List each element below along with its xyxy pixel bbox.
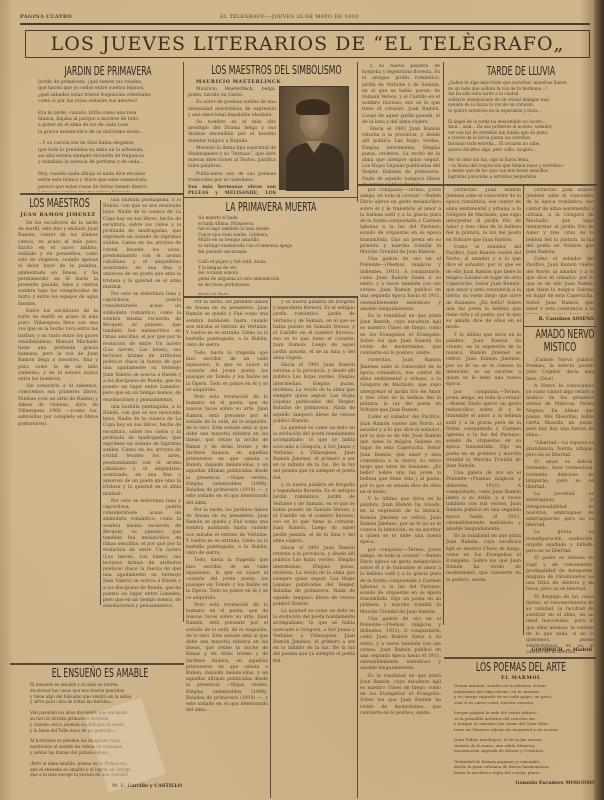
column-rule	[357, 62, 358, 202]
poem-title: TARDE DE LLUVIA	[468, 64, 573, 78]
verse-line: encarnación sagrada de Atenas y Corintio…	[454, 748, 594, 754]
verse-line: tomo un Homero salvaje de inquietud y de…	[454, 727, 594, 733]
paragraph: Hacia el 1901 Juan Ramón retorna a la pr…	[273, 363, 355, 425]
column-rule	[443, 62, 444, 187]
article-signature: GOODRICH. — Madrid	[450, 647, 592, 653]
paragraph: La gloria es transfiguración, exaltación…	[526, 530, 594, 555]
paragraph: El amor es delicia, tormento; hace torme…	[526, 460, 594, 491]
section-rule	[20, 193, 184, 195]
paragraph: Es la tonalidad en que pinta Juan Ramón,…	[360, 314, 441, 357]
verse-line: la gracia melancólica de su dulcísimo mo…	[38, 130, 178, 136]
poem-los-poemas-del-arte: LOS POEMAS DEL ARTE EL MARMOL Divino már…	[448, 660, 594, 798]
poem-signature: M. E. Carrillo y CASTILLO	[18, 783, 182, 789]
poem-primavera-muerta: LA PRIMAVERA MUERTA Ha muerto el hadael …	[188, 200, 354, 295]
poem-jardin-de-primavera: JARDIN DE PRIMAVERA Jardín de primavera,…	[38, 64, 178, 192]
paragraph: correctas. Juan Ramón Jiménez sabe el co…	[446, 188, 521, 244]
poem-body: Jardín de primavera, ¡qué tienen tus ros…	[38, 80, 178, 192]
verse-line: te quiero entonces en la esperanza y llo…	[448, 108, 594, 114]
article-body: De los escultores de la tarde de marfil,…	[18, 221, 98, 428]
paragraph: Pero esta revelación de lo humano en el …	[186, 603, 268, 715]
paragraph: “Libertad.—La riqueza es abundancia, fue…	[526, 441, 594, 460]
paragraph: Sin conocerlo a él sabemos, conocemos su…	[18, 384, 98, 427]
paragraph: Por la tarde, los jardines labios de Ana…	[186, 508, 268, 558]
paragraph: Hacia el 1901 Juan Ramón retorna a la pr…	[273, 546, 355, 608]
section-rule	[184, 296, 358, 298]
poem-tarde-de-lluvia: TARDE DE LLUVIA ¿Sabes tú algo más trist…	[448, 64, 594, 182]
paragraph: correctas. Juan Ramón Jiménez sabe el co…	[360, 358, 441, 414]
paragraph: Todo, hasta la tragedia que hizo escribi…	[186, 558, 268, 601]
paragraph: La quietud es como un mito en la evoluci…	[273, 426, 355, 482]
article-column: y su nueva palabra de borgoña y legendar…	[273, 300, 355, 795]
section-rule	[184, 197, 357, 198]
article-column: y su nueva palabra de borgoña y legendar…	[362, 64, 440, 184]
paragraph: por conquista.—Ternos, joven amigo, en t…	[360, 188, 441, 256]
article-amado-nervo: correctas. Juan Ramón Jiménez sabe el co…	[526, 188, 594, 653]
stanza: Ha muerto el hadael hada última, Primave…	[198, 215, 354, 254]
paragraph: Su nombre es el más alto prestigio del D…	[188, 120, 276, 145]
article-column: Por la tarde, los jardines labios de Ana…	[186, 300, 268, 795]
poem-signature: Gonzalo Escudero MOSCOSO	[448, 780, 594, 786]
paragraph: Pero esta revelación de lo humano en el …	[186, 395, 268, 507]
verse-line: del pañuelo encarnado.	[198, 249, 354, 255]
verse-line: a tus ojos azules que me miran llorando.	[38, 191, 178, 192]
verse-line: y exhalaba la esencia de perfume y de se…	[38, 160, 178, 166]
paragraph: Una galera de oro en el Poniente—(Poemas…	[360, 617, 441, 673]
paragraph: por conquista.—Ternos, joven amigo, en t…	[360, 548, 441, 616]
paragraph: De los escultores de la tarde de marfil,…	[18, 221, 98, 308]
section-rule	[357, 184, 597, 186]
verse-line: de las rosas perfumosas.	[198, 282, 354, 288]
stanza: Porque palpita la vida del sentir infini…	[454, 710, 594, 732]
verse-line: quiero decirles algo, pero callo, suspir…	[448, 147, 594, 153]
verse-line: como si por las rosas soñaran sus amores…	[38, 99, 178, 105]
paragraph: Mereció la llama hija espiritual de Shak…	[188, 146, 276, 171]
paragraph: una barbilla puntiaguda, a lo Rubén, con…	[103, 405, 181, 498]
stanza: ...Y su caricia era de Dios llama elegan…	[38, 141, 178, 167]
page-number-label: PAGINA CUATRO	[20, 14, 72, 20]
poem-title: LA PRIMAVERA MUERTA	[211, 200, 331, 214]
paragraph: Es autor de poemas sutiles de una intens…	[188, 100, 276, 119]
paragraph: Es la tonalidad en que pinta Juan Ramón,…	[360, 674, 441, 717]
stanza: Hoy, cuando nada dibuja ni nada dice enc…	[38, 172, 178, 192]
paragraph: Publicamos uno de sus poemas traducidos …	[188, 172, 276, 184]
paragraph: Y lo último que sirva en la palabra, Jua…	[446, 333, 521, 389]
column-rule	[443, 185, 444, 625]
section-rule	[444, 657, 596, 659]
article-column: correctas. Juan Ramón Jiménez sabe el co…	[446, 188, 521, 653]
poem-title: JARDIN DE PRIMAVERA	[58, 64, 159, 78]
verse-line: Murió el Hada.	[198, 292, 354, 295]
poem-subtitle: EL MARMOL	[448, 675, 594, 681]
verse-line: y sirve para cura de todas las heridas..…	[30, 699, 182, 705]
paragraph: correctas. Juan Ramón Jiménez sabe el co…	[526, 188, 594, 256]
article-body: ¡Cuando Nervo publicó Poemas, la selecta…	[526, 358, 594, 653]
article-byline: R. Cansinos ASSENS	[526, 316, 594, 322]
stanza: Divino mármol, sientes en tu interior, e…	[454, 683, 594, 705]
article-title: LOS MAESTROS	[29, 196, 87, 210]
poem-title: LOS POEMAS DEL ARTE	[468, 660, 573, 674]
article-column: una barbilla puntiaguda, a lo Rubén, con…	[103, 198, 181, 658]
paragraph: Hacia el 1901 Juan Ramón retorna a la pr…	[362, 127, 440, 184]
stanza: El ángel de la tarde ha descendido su lu…	[448, 119, 594, 153]
paragraph: El despego de las cosas finitas, el conv…	[526, 595, 594, 653]
paragraph: La juventud es embriaguez; la irresponsa…	[526, 492, 594, 529]
paragraph: Es la tonalidad en que pinta Juan Ramón,…	[446, 534, 521, 584]
paragraph: por conquista.—Ternos, joven amigo, en t…	[446, 390, 521, 471]
stanza: El ensueño es amable y el alma se recrea…	[30, 682, 182, 705]
paragraph: y su nueva palabra de borgoña y legendar…	[362, 64, 440, 126]
masthead-dateline: EL TELEGRAFO.—JUEVES 26 DE MAYO DE 1910	[220, 14, 358, 20]
section-title: LOS JUEVES LITERARIOS DE “EL TELÈGRAFO„	[51, 33, 565, 55]
paragraph: y su nueva palabra de borgoña y legendar…	[273, 300, 355, 362]
stanza: Murió el Hada.	[198, 292, 354, 295]
paragraph: Todo, hasta la tragedia que hizo escribi…	[186, 351, 268, 394]
article-los-maestros: LOS MAESTROS JUAN RAMON JIMENEZ De los e…	[18, 196, 98, 608]
stanza: Jardín de primavera, ¡qué tienen tus ros…	[38, 80, 178, 106]
article-title-line2: MISTICO	[536, 341, 585, 354]
paragraph: Una galera de oro en el Poniente—(Poemas…	[360, 257, 441, 313]
paragraph: Por este es enfermiza luna y caprichosa;…	[103, 292, 181, 404]
paragraph: Por la tarde, los jardines labios de Ana…	[186, 300, 268, 350]
stanza: Calló el pájaro y fué sutil, muda.Y la l…	[198, 259, 354, 287]
article-subtitle: MAURICIO MAETERLINCK	[196, 79, 354, 85]
paragraph: Una galera de oro en el Poniente—(Poemas…	[446, 471, 521, 533]
paragraph: Mauricio Maeterlinck, belga, poeta, naci…	[188, 87, 276, 99]
works-note: Sus más hermosas obras son PELEAS y MELI…	[188, 185, 276, 196]
paragraph: Como el soñador del Pacífico, Juan Ramón…	[446, 245, 521, 332]
paragraph: ¡Cuando Nervo publicó Poemas, la selecta…	[526, 358, 594, 383]
paragraph: El poder es síntesis de viaje y de venci…	[526, 556, 594, 593]
stanza: Era la tarde, cuando, brilla como una ro…	[38, 111, 178, 137]
top-rule	[20, 23, 590, 25]
stanza: ¿Sabes tú algo más triste que escuchar, …	[448, 80, 594, 114]
paragraph: Como el soñador del Pacífico, Juan Ramón…	[526, 257, 594, 314]
article-title: LOS MAESTROS DEL SIMBOLISMO	[211, 63, 331, 77]
section-rule	[10, 663, 184, 665]
column-rule	[183, 62, 184, 622]
article-body: correctas. Juan Ramón Jiménez sabe el co…	[526, 188, 594, 314]
newspaper-page: PAGINA CUATRO EL TELEGRAFO.—JUEVES 26 DE…	[0, 0, 604, 800]
paragraph: A Nervo le conocíamos ya como cantor alg…	[526, 384, 594, 440]
column-rule	[357, 298, 358, 798]
column-rule	[523, 185, 524, 635]
stanza: Ver el cielo sin luz, sigo la lluvia len…	[448, 157, 594, 179]
paragraph: Entre los escultores de la torre de marf…	[18, 309, 98, 383]
stanza: Divinidad de formas paganas y sensuales,…	[454, 759, 594, 776]
article-column: por conquista.—Ternos, joven amigo, en t…	[360, 188, 441, 798]
poem-body: ¿Sabes tú algo más triste que escuchar, …	[448, 80, 594, 180]
paragraph: y su nueva palabra de borgoña y legendar…	[273, 483, 355, 545]
verse-line: hasta la escultura regia del cuerpo plen…	[454, 770, 594, 776]
section-banner: LOS JUEVES LITERARIOS DE “EL TELÈGRAFO„	[25, 30, 590, 58]
column-rule	[270, 298, 271, 798]
stanza: Dura Fidias mitológico, el de la faz ser…	[454, 737, 594, 754]
binding-shadow	[594, 0, 604, 800]
poem-title: EL ENSUEÑO ES AMABLE	[41, 666, 159, 680]
poem-body: Ha muerto el hadael hada última, Primave…	[198, 215, 354, 295]
column-rule	[100, 200, 101, 605]
article-subtitle: JUAN RAMON JIMENEZ	[18, 212, 98, 218]
paragraph: Y lo último que sirva en la palabra, Jua…	[360, 497, 441, 547]
paragraph: Por este es enfermiza luna y caprichosa;…	[103, 499, 181, 611]
article-body: Mauricio Maeterlinck, belga, poeta, naci…	[188, 87, 276, 184]
poem-body: Divino mármol, sientes en tu interior, e…	[454, 683, 594, 775]
verse-line: cual si tu carne cruel, tuviera corazón.	[454, 700, 594, 706]
portrait-maeterlinck	[279, 86, 349, 190]
verse-line: lágrimas parecidas a estrellas pequeñita…	[448, 174, 594, 180]
paragraph: La quietud es como un mito en la evoluci…	[273, 609, 355, 665]
paragraph: una barbilla puntiaguda, a lo Rubén, con…	[103, 198, 181, 291]
paragraph: Como el soñador del Pacífico, Juan Ramón…	[360, 415, 441, 496]
